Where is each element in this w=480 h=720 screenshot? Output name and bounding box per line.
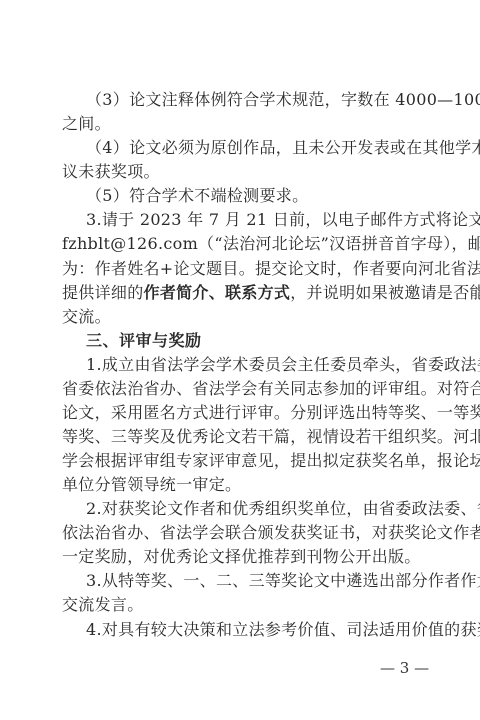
paragraph-review-1-line-5: 学会根据评审组专家评审意见，提出拟定获奖名单，报论坛主办 — [62, 449, 420, 473]
paragraph-review-1-end: 单位分管领导统一审定。 — [62, 473, 420, 497]
paragraph-review-1-line-3: 论文，采用匿名方式进行评审。分别评选出特等奖、一等奖、二 — [62, 401, 420, 425]
paragraph-submission-line-4: 提供详细的作者简介、联系方式，并说明如果被邀请是否能赴会 — [62, 281, 420, 305]
paragraph-review-2: 2.对获奖论文作者和优秀组织奖单位，由省委政法委、省委 — [86, 497, 420, 521]
paragraph-review-1-line-2: 省委依法治省办、省法学会有关同志参加的评审组。对符合要求 — [62, 377, 420, 401]
paragraph-requirement-3: （3）论文注释体例符合学术规范，字数在 4000—10000 字 — [86, 88, 420, 112]
paragraph-requirement-4-cont: 议未获奖项。 — [62, 160, 420, 184]
text-segment: ，并说明如果被邀请是否能赴会 — [290, 283, 480, 302]
paragraph-review-4: 4.对具有较大决策和立法参考价值、司法适用价值的获奖论 — [86, 618, 420, 642]
paragraph-review-1-line-4: 等奖、三等奖及优秀论文若干篇，视情设若干组织奖。河北省法 — [62, 425, 420, 449]
paragraph-submission: 3.请于 2023 年 7 月 21 日前，以电子邮件方式将论文发送至： — [86, 208, 420, 232]
paragraph-review-3-end: 交流发言。 — [62, 593, 420, 617]
paragraph-requirement-4: （4）论文必须为原创作品，且未公开发表或在其他学术会 — [86, 136, 420, 160]
paragraph-review-3: 3.从特等奖、一、二、三等奖论文中遴选出部分作者作大会 — [86, 569, 420, 593]
bold-emphasis-author-info: 作者简介、联系方式 — [144, 283, 291, 302]
document-page: （3）论文注释体例符合学术规范，字数在 4000—10000 字 之间。 （4）… — [0, 0, 480, 720]
paragraph-requirement-5: （5）符合学术不端检测要求。 — [86, 184, 420, 208]
paragraph-submission-line-3: 为：作者姓名+论文题目。提交论文时，作者要向河北省法学会 — [62, 257, 420, 281]
paragraph-review-1: 1.成立由省法学会学术委员会主任委员牵头，省委政法委、 — [86, 353, 420, 377]
paragraph-review-2-end: 一定奖励，对优秀论文择优推荐到刊物公开出版。 — [62, 545, 420, 569]
section-heading-review-awards: 三、评审与奖励 — [86, 329, 420, 353]
paragraph-review-2-line-2: 依法治省办、省法学会联合颁发获奖证书，对获奖论文作者给予 — [62, 521, 420, 545]
paragraph-submission-end: 交流。 — [62, 305, 420, 329]
text-segment: 提供详细的 — [62, 283, 144, 302]
page-number: — 3 — — [380, 656, 426, 680]
paragraph-submission-email-line: fzhblt@126.com（“法治河北论坛”汉语拼音首字母），邮件名称 — [62, 232, 420, 256]
paragraph-requirement-3-cont: 之间。 — [62, 112, 420, 136]
